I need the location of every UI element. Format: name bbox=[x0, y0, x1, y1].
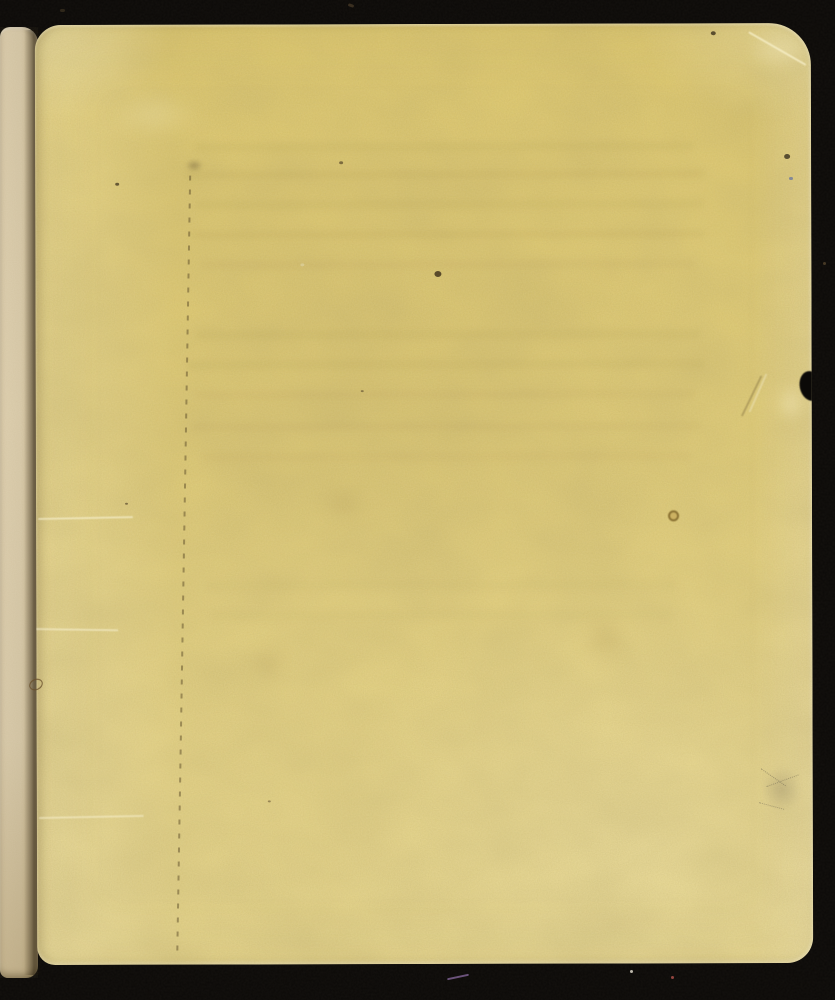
paper-pale-fleck-overlay bbox=[35, 23, 813, 965]
page bbox=[35, 23, 813, 965]
photo-backdrop bbox=[0, 0, 835, 1000]
